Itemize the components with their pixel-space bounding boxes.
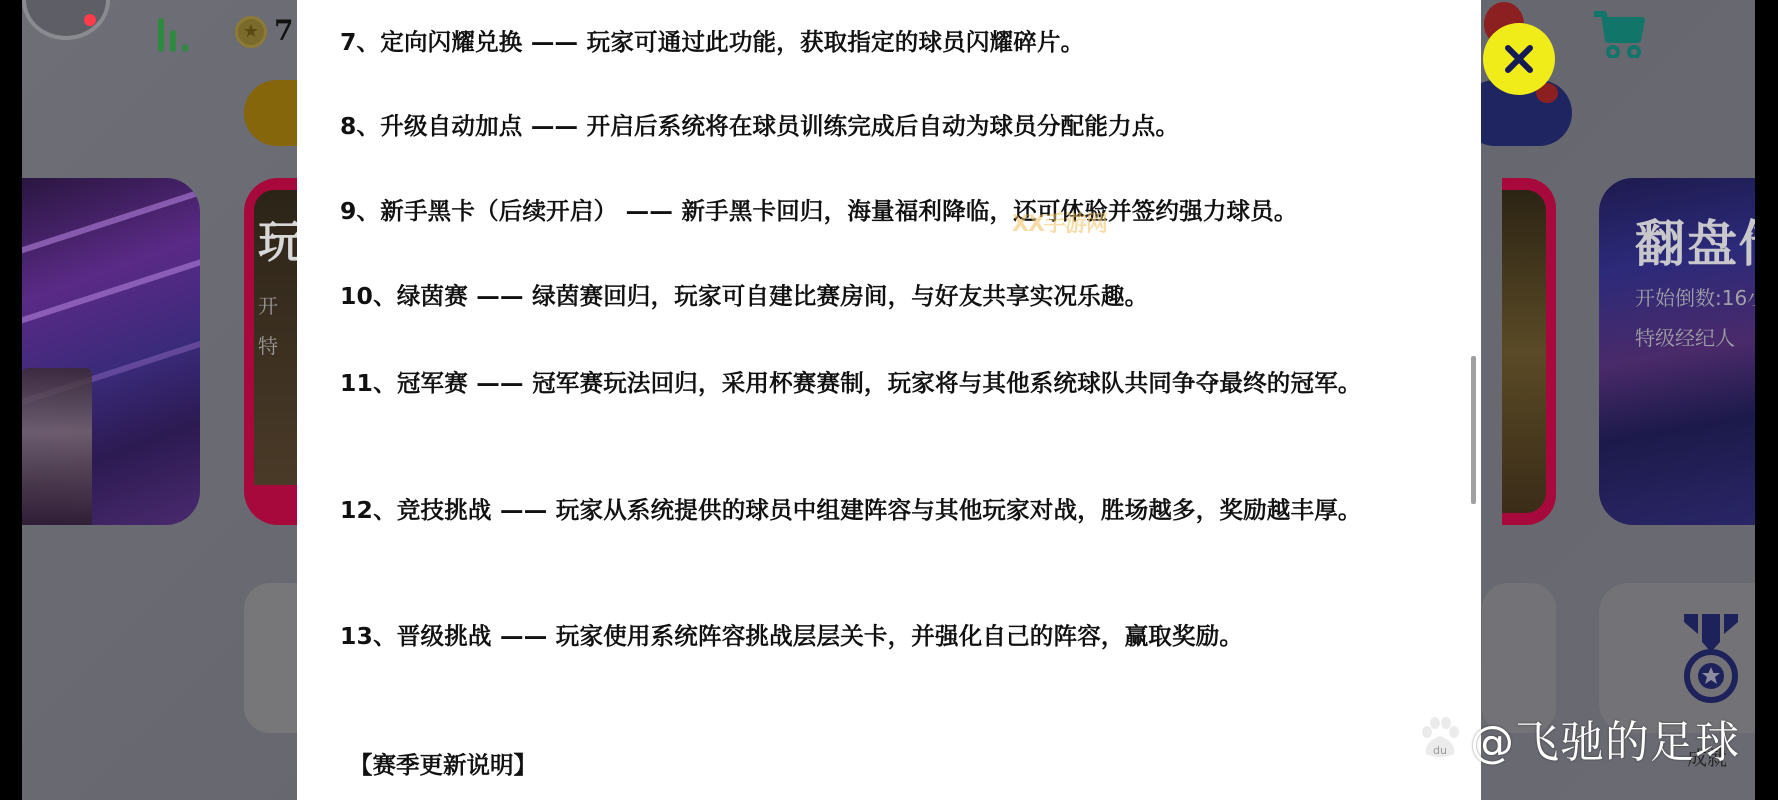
signal-bars-icon: [154, 16, 194, 52]
baidu-watermark: du @飞驰的足球: [1418, 710, 1740, 766]
notification-dot: [84, 14, 96, 26]
event-card-blue[interactable]: 翻盘传 开始倒数:16小 特级经纪人: [1599, 178, 1755, 525]
card-title: 玩: [258, 206, 302, 270]
close-button[interactable]: [1483, 23, 1555, 95]
event-card-left[interactable]: [22, 178, 200, 525]
list-item: 13、晋级挑战 —— 玩家使用系统阵容挑战层层关卡，并强化自己的阵容，赢取奖励。: [340, 618, 1390, 655]
section-title: 【赛季更新说明】: [349, 746, 537, 780]
svg-text:du: du: [1433, 744, 1447, 757]
card-line2: 特: [258, 330, 278, 359]
card-countdown: 开始倒数:16小: [1635, 282, 1755, 311]
card-subtitle: 特级经纪人: [1635, 322, 1735, 351]
center-watermark: XX手游网: [1012, 207, 1107, 238]
list-item: 9、新手黑卡（后续开启） —— 新手黑卡回归，海量福利降临，还可体验并签约强力球…: [340, 193, 1390, 230]
medal-icon: [1682, 612, 1740, 704]
list-item: 7、定向闪耀兑换 —— 玩家可通过此功能，获取指定的球员闪耀碎片。: [340, 24, 1390, 61]
list-item: 10、绿茵赛 —— 绿茵赛回归，玩家可自建比赛房间，与好友共享实况乐趣。: [340, 278, 1390, 315]
watermark-text: @飞驰的足球: [1470, 706, 1740, 770]
card-title: 翻盘传: [1635, 204, 1755, 276]
close-x-icon: [1502, 42, 1536, 76]
list-item: 12、竞技挑战 —— 玩家从系统提供的球员中组建阵容与其他玩家对战，胜场越多，奖…: [340, 489, 1380, 532]
update-notes-panel: 7、定向闪耀兑换 —— 玩家可通过此功能，获取指定的球员闪耀碎片。 8、升级自动…: [297, 0, 1481, 800]
panel-scrollbar[interactable]: [1471, 356, 1476, 504]
star-coin-icon: ★: [235, 16, 267, 48]
shopping-cart-icon[interactable]: [1592, 8, 1648, 58]
coin-value: 7: [274, 14, 293, 47]
player-avatar[interactable]: [22, 0, 110, 40]
list-item: 11、冠军赛 —— 冠军赛玩法回归，采用杯赛赛制，玩家将与其他系统球队共同争夺最…: [340, 362, 1380, 405]
list-item: 8、升级自动加点 —— 开启后系统将在球员训练完成后自动为球员分配能力点。: [340, 108, 1390, 145]
baidu-paw-icon: du: [1418, 716, 1462, 760]
card-line1: 开: [258, 290, 278, 319]
event-card-gold[interactable]: [1502, 178, 1556, 525]
